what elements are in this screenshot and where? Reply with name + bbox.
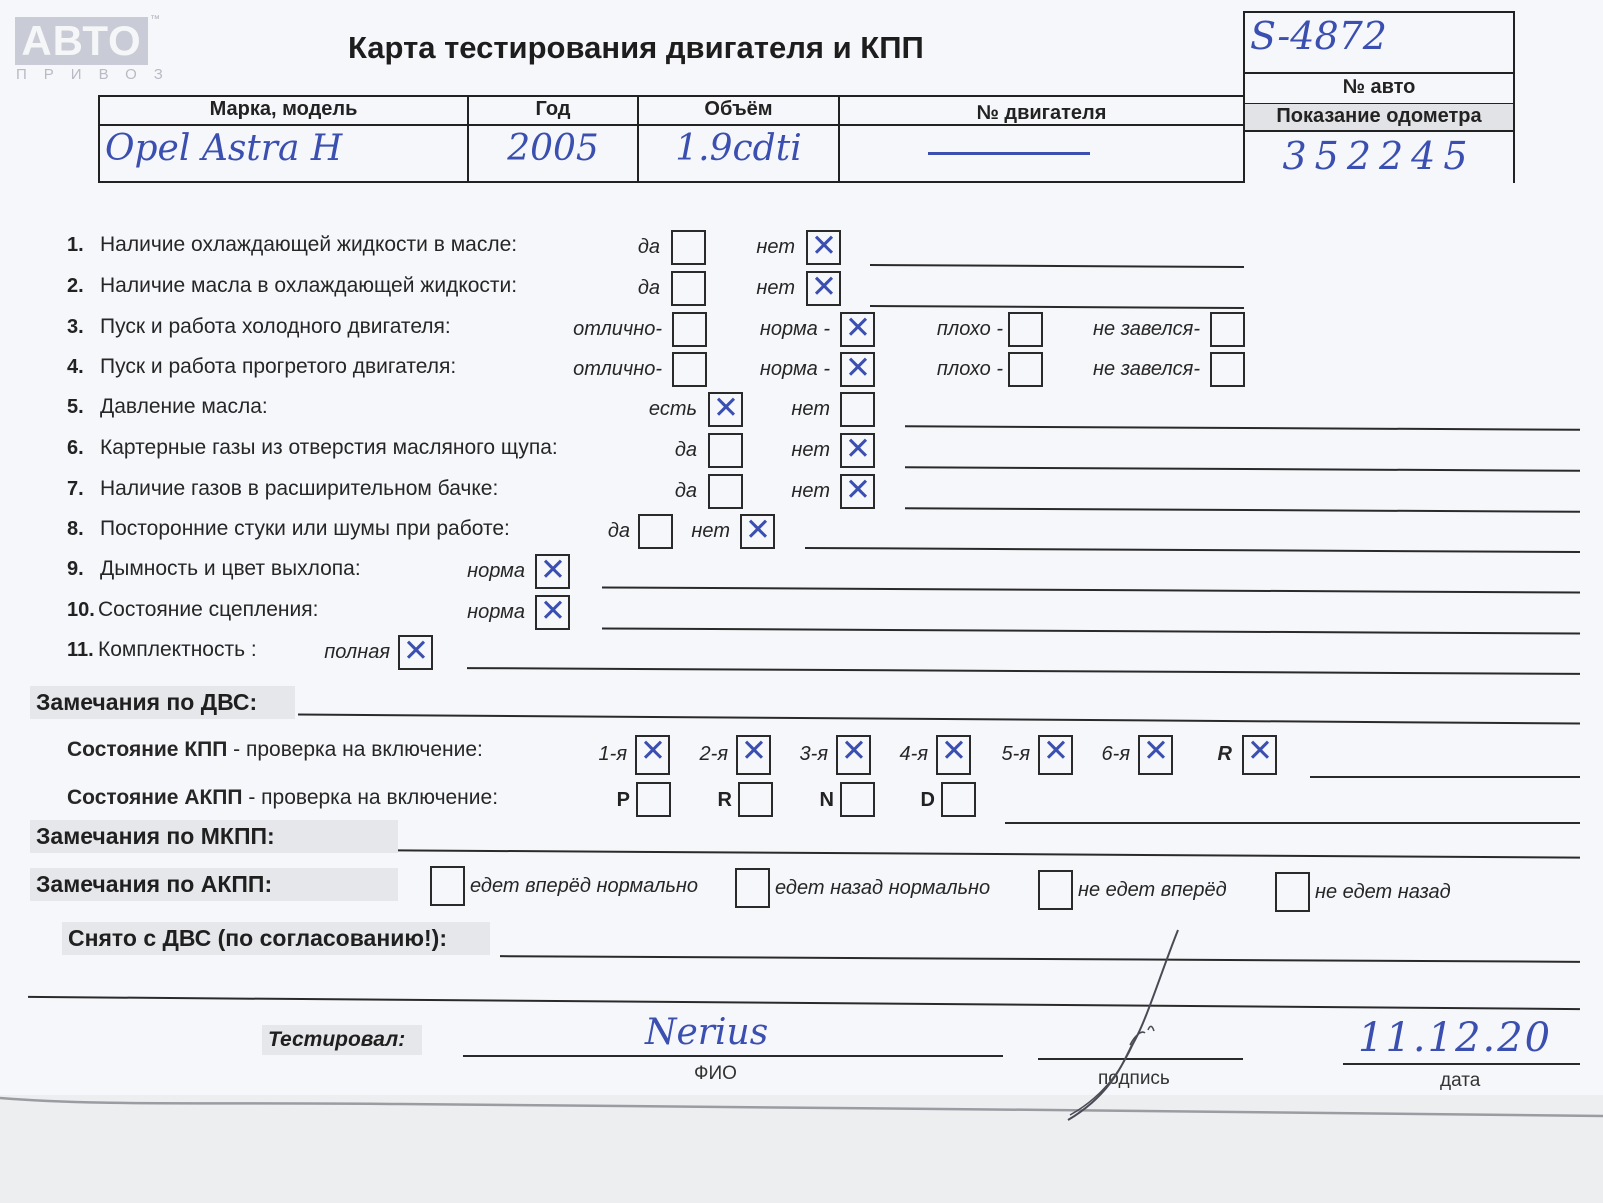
- tester-name-value[interactable]: Nerius: [645, 1012, 768, 1053]
- option-label: нет: [791, 398, 830, 421]
- manual-gearbox-label: Состояние КПП - проверка на включение:: [67, 738, 483, 762]
- gear-checkbox[interactable]: [836, 735, 871, 775]
- item-number: 10.: [67, 599, 95, 622]
- col-make-model-label: Марка, модель: [100, 98, 467, 121]
- item-number: 7.: [67, 478, 84, 501]
- name-caption: ФИО: [694, 1063, 737, 1085]
- gear-checkbox[interactable]: [736, 735, 771, 775]
- option-label: да: [608, 520, 630, 543]
- tested-by-label: Тестировал:: [262, 1025, 422, 1055]
- option-label: нет: [756, 236, 795, 259]
- auto-remark-label: не едет назад: [1315, 881, 1451, 904]
- option-checkbox[interactable]: [672, 352, 707, 387]
- item-number: 8.: [67, 518, 84, 541]
- option-label: не завелся-: [1093, 358, 1200, 381]
- option-checkbox[interactable]: [840, 474, 875, 509]
- date-field[interactable]: [1343, 1063, 1580, 1065]
- gear-label: 5-я: [1002, 743, 1030, 766]
- option-label: норма -: [760, 318, 830, 341]
- option-checkbox[interactable]: [740, 514, 775, 549]
- item-number: 11.: [67, 639, 94, 662]
- item-number: 5.: [67, 396, 84, 419]
- option-label: нет: [691, 520, 730, 543]
- auto-remark-checkbox[interactable]: [1038, 870, 1073, 910]
- gear-checkbox[interactable]: [635, 735, 670, 775]
- option-checkbox[interactable]: [708, 433, 743, 468]
- logo: АВТО: [15, 17, 148, 65]
- option-checkbox[interactable]: [1008, 352, 1043, 387]
- option-checkbox[interactable]: [840, 392, 875, 427]
- date-value[interactable]: 11.12.20: [1358, 1015, 1552, 1061]
- option-checkbox[interactable]: [671, 230, 706, 265]
- option-checkbox[interactable]: [1210, 312, 1245, 347]
- gear-label: 3-я: [800, 743, 828, 766]
- auto-remarks-label: Замечания по АКПП:: [30, 868, 398, 901]
- item-number: 2.: [67, 275, 84, 298]
- auto-position-label: R: [718, 789, 732, 812]
- option-checkbox[interactable]: [806, 230, 841, 265]
- auto-position-checkbox[interactable]: [738, 782, 773, 817]
- option-checkbox[interactable]: [638, 514, 673, 549]
- year-value[interactable]: 2005: [469, 128, 637, 169]
- option-label: да: [638, 277, 660, 300]
- option-label: полная: [324, 641, 390, 664]
- option-checkbox[interactable]: [535, 554, 570, 589]
- item-number: 4.: [67, 356, 84, 379]
- item-number: 6.: [67, 437, 84, 460]
- gear-label: 1-я: [599, 743, 627, 766]
- auto-remark-label: едет вперёд нормально: [470, 875, 698, 898]
- auto-position-label: D: [921, 789, 935, 812]
- option-label: да: [638, 236, 660, 259]
- item-question: Состояние сцепления:: [98, 598, 318, 622]
- gear-checkbox[interactable]: [1242, 735, 1277, 775]
- auto-position-label: P: [617, 789, 630, 812]
- option-label: отлично-: [573, 358, 662, 381]
- option-label: есть: [649, 398, 697, 421]
- tester-name-field[interactable]: [463, 1055, 1003, 1057]
- option-label: норма: [467, 601, 525, 624]
- option-label: нет: [756, 277, 795, 300]
- option-checkbox[interactable]: [840, 433, 875, 468]
- option-label: плохо -: [937, 318, 1003, 341]
- auto-remark-checkbox[interactable]: [735, 868, 770, 908]
- item-number: 3.: [67, 316, 84, 339]
- logo-subtitle: ПРИВОЗ: [16, 66, 180, 83]
- gear-checkbox[interactable]: [1038, 735, 1073, 775]
- item-question: Наличие охлаждающей жидкости в масле:: [100, 233, 517, 257]
- option-checkbox[interactable]: [672, 312, 707, 347]
- removed-label: Снято с ДВС (по согласованию!):: [62, 922, 490, 955]
- date-caption: дата: [1440, 1070, 1480, 1092]
- option-checkbox[interactable]: [1210, 352, 1245, 387]
- option-label: норма -: [760, 358, 830, 381]
- col-volume-label: Объём: [639, 98, 838, 121]
- option-label: норма: [467, 560, 525, 583]
- auto-remark-checkbox[interactable]: [1275, 872, 1310, 912]
- option-label: отлично-: [573, 318, 662, 341]
- car-number-label: № авто: [1245, 76, 1513, 99]
- auto-position-checkbox[interactable]: [636, 782, 671, 817]
- gear-label: R: [1218, 743, 1232, 766]
- auto-gearbox-notes-field[interactable]: [1005, 822, 1580, 824]
- auto-remark-label: не едет вперёд: [1078, 879, 1227, 902]
- car-number-value[interactable]: S-4872: [1250, 14, 1450, 58]
- option-label: плохо -: [937, 358, 1003, 381]
- option-checkbox[interactable]: [840, 352, 875, 387]
- gear-label: 2-я: [700, 743, 728, 766]
- option-label: да: [675, 480, 697, 503]
- gear-label: 4-я: [900, 743, 928, 766]
- option-label: нет: [791, 480, 830, 503]
- gear-label: 6-я: [1102, 743, 1130, 766]
- page-title: Карта тестирования двигателя и КПП: [348, 30, 924, 66]
- engine-remarks-label: Замечания по ДВС:: [30, 686, 295, 719]
- col-engine-number-label: № двигателя: [840, 102, 1243, 125]
- item-question: Давление масла:: [100, 395, 268, 419]
- paper-edge: [0, 1080, 1603, 1120]
- logo-trademark: ™: [150, 14, 160, 25]
- col-year-label: Год: [469, 98, 637, 121]
- auto-position-checkbox[interactable]: [840, 782, 875, 817]
- option-checkbox[interactable]: [708, 392, 743, 427]
- item-question: Наличие масла в охлаждающей жидкости:: [100, 274, 517, 298]
- item-question: Посторонние стуки или шумы при работе:: [100, 517, 510, 541]
- gear-checkbox[interactable]: [936, 735, 971, 775]
- option-label: да: [675, 439, 697, 462]
- option-checkbox[interactable]: [806, 271, 841, 306]
- option-checkbox[interactable]: [535, 595, 570, 630]
- odometer-value[interactable]: 352245: [1245, 134, 1513, 178]
- option-checkbox[interactable]: [840, 312, 875, 347]
- option-label: нет: [791, 439, 830, 462]
- volume-value[interactable]: 1.9cdti: [639, 128, 838, 169]
- option-label: не завелся-: [1093, 318, 1200, 341]
- option-checkbox[interactable]: [1008, 312, 1043, 347]
- auto-remark-checkbox[interactable]: [430, 866, 465, 906]
- manual-remarks-label: Замечания по МКПП:: [30, 820, 398, 853]
- make-model-value[interactable]: Opel Astra H: [105, 128, 465, 169]
- option-checkbox[interactable]: [671, 271, 706, 306]
- auto-position-checkbox[interactable]: [941, 782, 976, 817]
- signature-mark: [1050, 925, 1190, 1125]
- engine-number-value-dash[interactable]: [928, 152, 1090, 155]
- item-question: Картерные газы из отверстия масляного щу…: [100, 436, 558, 460]
- option-checkbox[interactable]: [398, 635, 433, 670]
- gear-checkbox[interactable]: [1138, 735, 1173, 775]
- item-question: Дымность и цвет выхлопа:: [100, 557, 361, 581]
- item-number: 9.: [67, 558, 84, 581]
- auto-gearbox-label: Состояние АКПП - проверка на включение:: [67, 786, 498, 810]
- item-question: Наличие газов в расширительном бачке:: [100, 477, 498, 501]
- option-checkbox[interactable]: [708, 474, 743, 509]
- item-question: Пуск и работа холодного двигателя:: [100, 315, 451, 339]
- manual-gearbox-notes-field[interactable]: [1310, 776, 1580, 778]
- auto-remark-label: едет назад нормально: [775, 877, 990, 900]
- item-number: 1.: [67, 234, 84, 257]
- item-question: Комплектность :: [98, 638, 257, 662]
- auto-position-label: N: [820, 789, 834, 812]
- item-question: Пуск и работа прогретого двигателя:: [100, 355, 456, 379]
- odometer-label: Показание одометра: [1245, 105, 1513, 128]
